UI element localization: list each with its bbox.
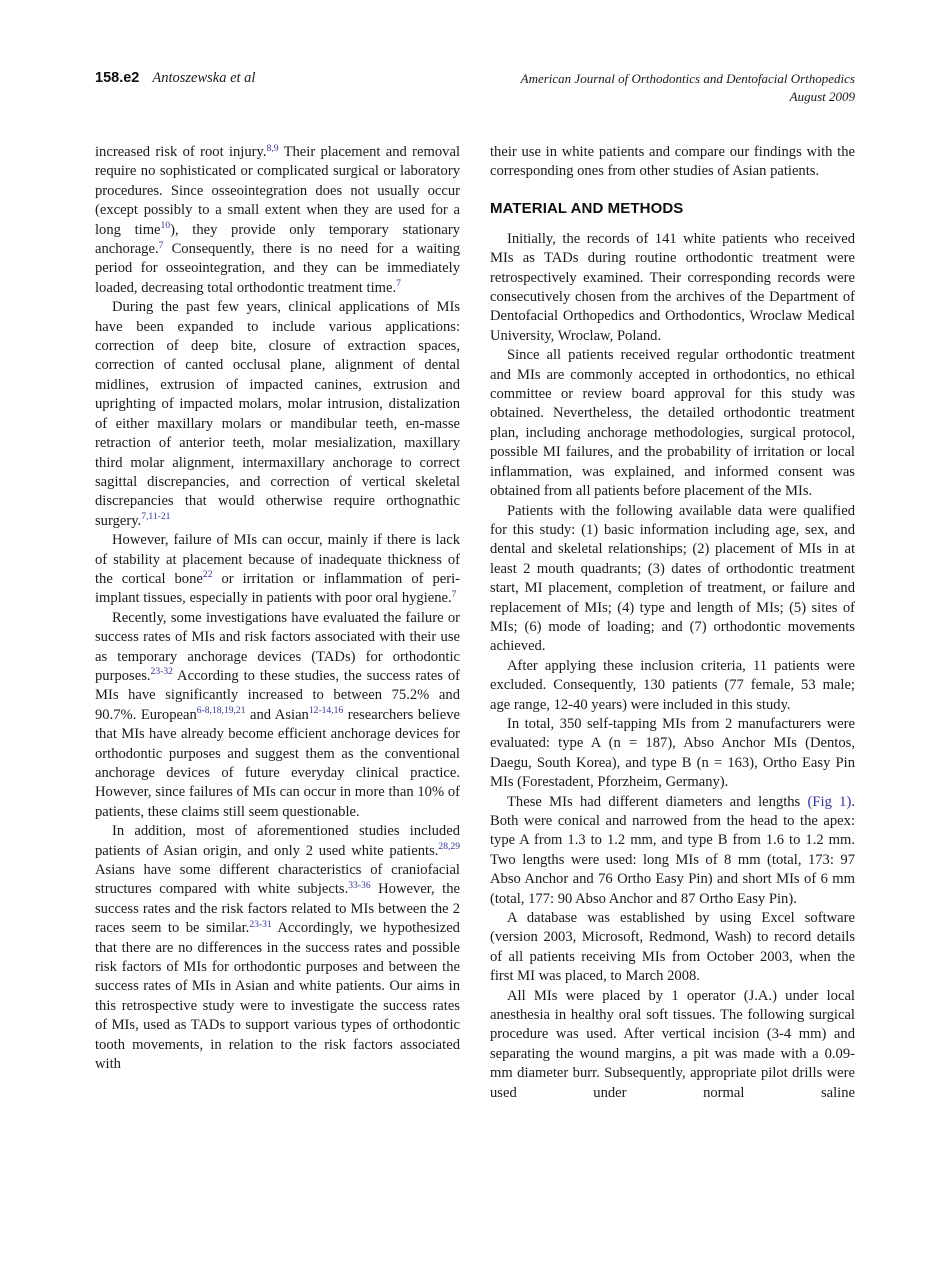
- paragraph: In addition, most of aforementioned stud…: [95, 822, 460, 1074]
- issue-date: August 2009: [521, 88, 855, 106]
- paragraph: Since all patients received regular orth…: [490, 346, 855, 501]
- column-left: increased risk of root injury.8,9 Their …: [95, 143, 460, 1103]
- paragraph: In total, 350 self-tapping MIs from 2 ma…: [490, 715, 855, 793]
- citation-reference-link[interactable]: 33-36: [348, 880, 370, 891]
- paragraph: increased risk of root injury.8,9 Their …: [95, 143, 460, 298]
- section-heading: MATERIAL AND METHODS: [490, 200, 855, 217]
- citation-reference-link[interactable]: 23-31: [249, 919, 271, 930]
- article-body: increased risk of root injury.8,9 Their …: [95, 143, 855, 1103]
- page-number: 158.e2: [95, 70, 139, 86]
- paragraph: After applying these inclusion criteria,…: [490, 657, 855, 715]
- citation-reference-link[interactable]: 10: [161, 220, 171, 231]
- paragraph: All MIs were placed by 1 operator (J.A.)…: [490, 987, 855, 1103]
- journal-title: American Journal of Orthodontics and Den…: [521, 70, 855, 88]
- citation-reference-link[interactable]: 7: [452, 589, 457, 600]
- figure-reference-link[interactable]: (Fig 1): [808, 794, 852, 810]
- paragraph: their use in white patients and compare …: [490, 143, 855, 182]
- paragraph: These MIs had different diameters and le…: [490, 793, 855, 909]
- journal-page: 158.e2 Antoszewska et al American Journa…: [0, 0, 950, 1272]
- paragraph: Initially, the records of 141 white pati…: [490, 230, 855, 346]
- citation-reference-link[interactable]: 7: [159, 240, 164, 251]
- citation-reference-link[interactable]: 7,11-21: [141, 511, 170, 522]
- citation-reference-link[interactable]: 23-32: [151, 666, 173, 677]
- running-authors: Antoszewska et al: [152, 70, 255, 87]
- running-head-right: American Journal of Orthodontics and Den…: [521, 70, 855, 106]
- citation-reference-link[interactable]: 28,29: [438, 841, 460, 852]
- running-head-left: 158.e2 Antoszewska et al: [95, 70, 255, 87]
- paragraph: A database was established by using Exce…: [490, 909, 855, 987]
- citation-reference-link[interactable]: 7: [396, 278, 401, 289]
- citation-reference-link[interactable]: 6-8,18,19,21: [197, 705, 246, 716]
- citation-reference-link[interactable]: 22: [203, 569, 213, 580]
- paragraph: However, failure of MIs can occur, mainl…: [95, 531, 460, 609]
- paragraph: Patients with the following available da…: [490, 502, 855, 657]
- paragraph: During the past few years, clinical appl…: [95, 298, 460, 531]
- column-right: their use in white patients and compare …: [490, 143, 855, 1103]
- page-header: 158.e2 Antoszewska et al American Journa…: [95, 70, 855, 106]
- citation-reference-link[interactable]: 12-14,16: [309, 705, 343, 716]
- citation-reference-link[interactable]: 8,9: [267, 143, 279, 154]
- paragraph: Recently, some investigations have evalu…: [95, 609, 460, 822]
